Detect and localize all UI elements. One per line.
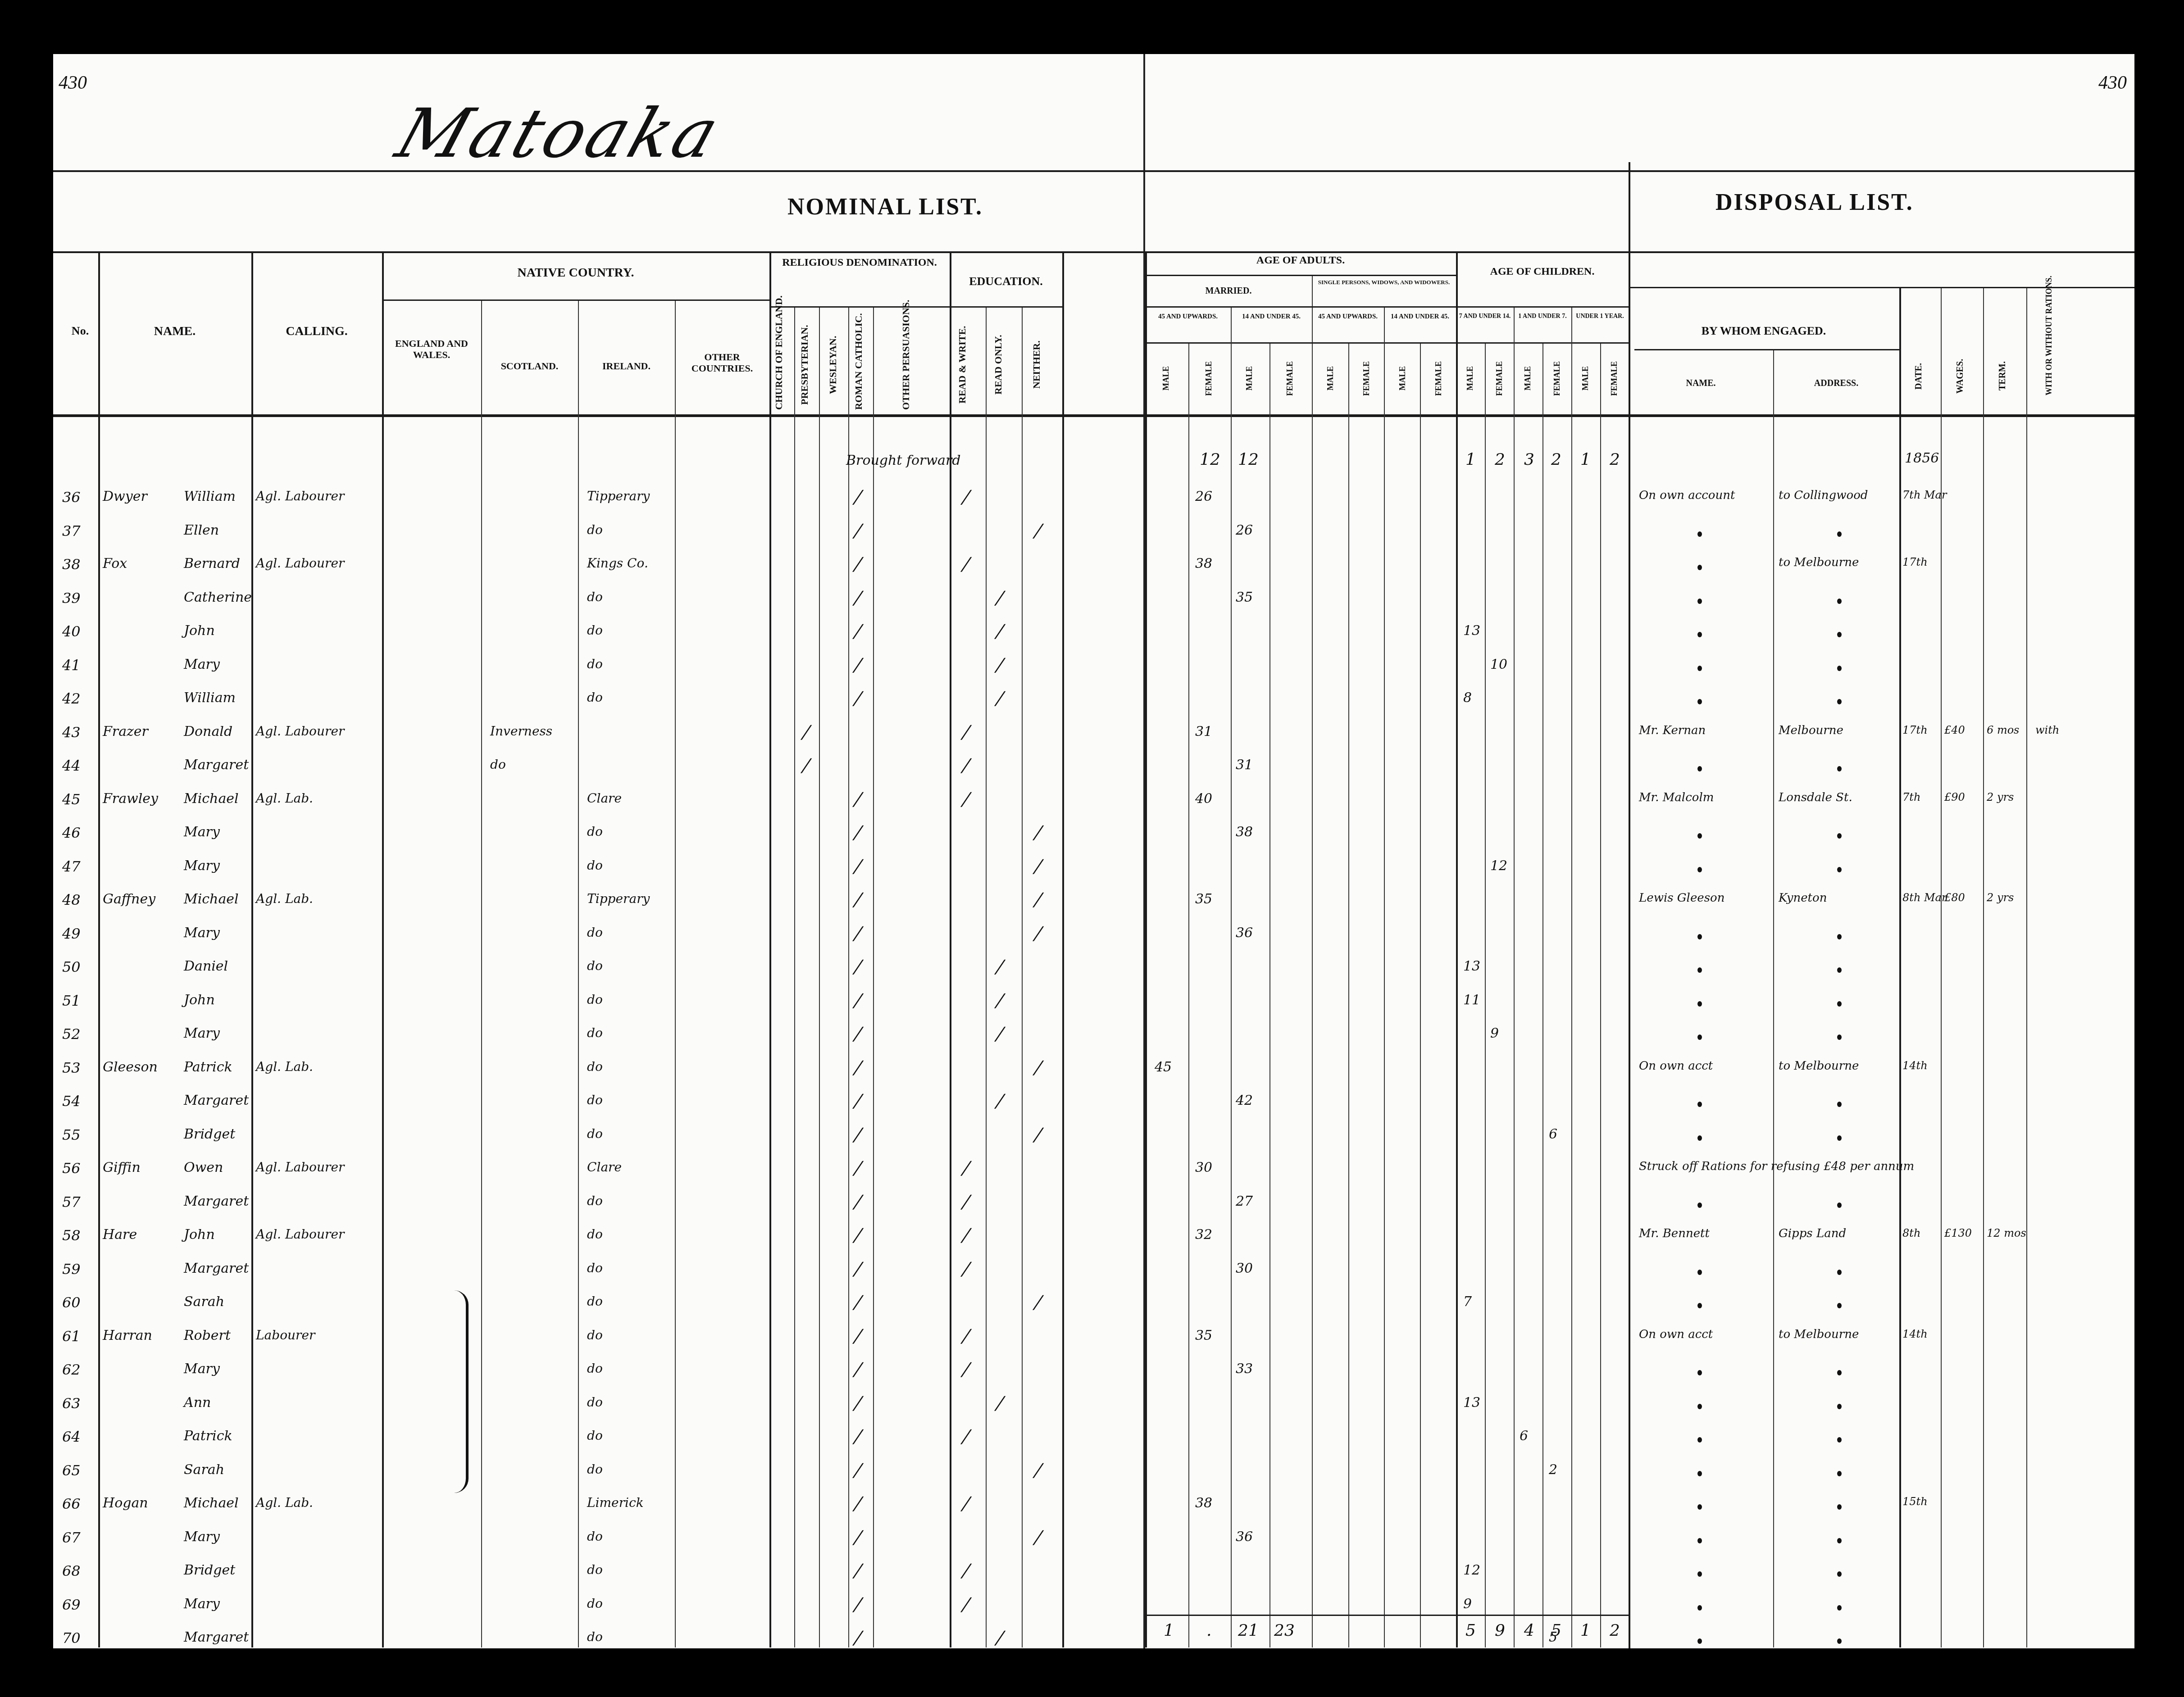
age-value: 9	[1490, 1025, 1499, 1041]
calling: Agl. Lab.	[256, 1495, 313, 1510]
row-number: 49	[62, 925, 81, 942]
header-read-write: READ & WRITE.	[956, 320, 968, 410]
given-name: Bernard	[184, 556, 240, 572]
engaged-date: 17th	[1902, 724, 1928, 736]
calling: Agl. Lab.	[256, 891, 313, 906]
education-tick: /	[1032, 822, 1045, 843]
header-married-14-45: 14 AND UNDER 45.	[1231, 313, 1312, 321]
ditto-dot	[1837, 1202, 1842, 1208]
religion-tick: /	[851, 1225, 865, 1246]
age-value: 6	[1549, 1126, 1557, 1142]
page-number-left: 430	[59, 72, 87, 94]
wages: £80	[1944, 891, 1965, 904]
ditto-dot	[1837, 1135, 1842, 1141]
religion-tick: /	[851, 1024, 865, 1044]
given-name: Patrick	[184, 1428, 232, 1444]
row-number: 55	[62, 1126, 81, 1143]
col-rule	[1571, 308, 1572, 1647]
given-name: Mary	[184, 1596, 220, 1612]
age-value: 42	[1236, 1093, 1253, 1108]
row-number: 45	[62, 791, 81, 808]
sub-rule	[1145, 275, 1456, 276]
religion-tick: /	[851, 1527, 865, 1548]
given-name: William	[184, 690, 236, 706]
calling: Agl. Lab.	[256, 791, 313, 806]
surname: Gaffney	[103, 891, 155, 907]
native-county: do	[587, 522, 603, 537]
ditto-dot	[1837, 1504, 1842, 1510]
bf-child-7-14-female: 2	[1495, 450, 1505, 469]
surname: Giffin	[103, 1160, 141, 1175]
religion-tick: /	[851, 789, 865, 810]
row-number: 56	[62, 1160, 81, 1177]
religion-tick: /	[851, 487, 865, 508]
calling: Agl. Labourer	[256, 1227, 344, 1242]
disposal-list-title: DISPOSAL LIST.	[1715, 189, 1914, 216]
header-address: ADDRESS.	[1773, 378, 1899, 389]
ditto-dot	[1697, 867, 1702, 872]
religion-tick: /	[800, 722, 813, 743]
engaged-date: 7th Mar	[1902, 489, 1947, 501]
calling: Labourer	[256, 1328, 315, 1343]
engaged-date: 8th Mar	[1902, 891, 1947, 904]
engaged-address: to Melbourne	[1779, 1328, 1859, 1341]
religion-tick: /	[851, 889, 865, 910]
header-neither: NEITHER.	[1031, 320, 1042, 410]
row-number: 63	[62, 1395, 81, 1412]
engaged-date: 7th	[1902, 791, 1920, 803]
religion-tick: /	[851, 1158, 865, 1179]
ditto-dot	[1697, 833, 1702, 839]
header-other-persuasions: OTHER PERSUASIONS.	[900, 320, 912, 410]
age-value: 30	[1236, 1261, 1253, 1276]
religion-tick: /	[851, 923, 865, 944]
header-child-7-14: 7 AND UNDER 14.	[1456, 313, 1514, 320]
religion-tick: /	[851, 688, 865, 709]
header-single: SINGLE PERSONS, WIDOWS, AND WIDOWERS.	[1312, 279, 1456, 286]
row-number: 69	[62, 1596, 81, 1613]
education-tick: /	[993, 1091, 1007, 1112]
education-tick: /	[960, 1259, 973, 1280]
header-female: FEMALE	[1495, 351, 1504, 405]
religion-tick: /	[851, 1057, 865, 1078]
ditto-dot	[1837, 1303, 1842, 1308]
header-name: NAME.	[98, 324, 251, 339]
total-u1-female: 2	[1610, 1621, 1620, 1640]
given-name: Mary	[184, 657, 220, 672]
sub-rule	[1145, 306, 1456, 308]
education-tick: /	[960, 789, 973, 810]
religion-tick: /	[851, 554, 865, 575]
given-name: Sarah	[184, 1294, 224, 1310]
ditto-dot	[1697, 1270, 1702, 1275]
header-male: MALE	[1465, 351, 1475, 405]
ditto-dot	[1837, 1035, 1842, 1040]
surname: Harran	[103, 1328, 152, 1343]
header-england-wales: ENGLAND AND WALES.	[382, 338, 481, 361]
native-county: do	[587, 1529, 603, 1544]
education-tick: /	[960, 1326, 973, 1347]
ditto-dot	[1837, 1370, 1842, 1375]
native-county: do	[587, 992, 603, 1007]
header-male: MALE	[1326, 351, 1335, 405]
native-county: do	[587, 690, 603, 705]
ditto-dot	[1697, 531, 1702, 537]
engaged-address: Gipps Land	[1779, 1227, 1846, 1240]
engaged-by: Mr. Kernan	[1639, 724, 1706, 737]
age-value: 10	[1490, 657, 1507, 672]
religion-tick: /	[851, 1628, 865, 1648]
header-male: MALE	[1161, 351, 1171, 405]
header-age-children: AGE OF CHILDREN.	[1456, 266, 1629, 278]
col-rule	[1899, 288, 1901, 1647]
religion-tick: /	[851, 1326, 865, 1347]
age-value: 13	[1463, 623, 1480, 639]
calling: Agl. Labourer	[256, 724, 344, 739]
religion-tick: /	[851, 1292, 865, 1313]
engaged-date: 15th	[1902, 1495, 1928, 1508]
education-tick: /	[960, 554, 973, 575]
native-county: do	[490, 757, 506, 772]
bf-date-year: 1856	[1905, 450, 1939, 466]
bf-married-male: 12	[1200, 450, 1220, 469]
register-page: 430 430 Matoaka NOMINAL LIST. DISPOSAL L…	[53, 54, 2134, 1648]
page-number-right: 430	[2098, 72, 2127, 94]
header-single-14-45: 14 AND UNDER 45.	[1384, 313, 1456, 321]
age-value: 13	[1463, 1395, 1480, 1411]
row-number: 58	[62, 1227, 81, 1244]
bf-married-female: 12	[1238, 450, 1259, 469]
education-tick: /	[960, 1359, 973, 1380]
bf-child-1-7-female: 2	[1551, 450, 1561, 469]
ditto-dot	[1837, 934, 1842, 939]
ditto-dot	[1697, 1035, 1702, 1040]
education-tick: /	[1032, 1527, 1045, 1548]
col-rule	[382, 251, 384, 1647]
native-county: do	[587, 1227, 603, 1242]
ditto-dot	[1837, 867, 1842, 872]
native-county: Clare	[587, 1160, 622, 1175]
header-term: TERM.	[1997, 342, 2008, 410]
age-value: 32	[1195, 1227, 1212, 1243]
native-county: do	[587, 925, 603, 940]
ship-name: Matoaka	[387, 95, 731, 173]
surname: Frawley	[103, 791, 158, 807]
age-value: 31	[1195, 724, 1212, 740]
native-county: do	[587, 1294, 603, 1309]
ditto-dot	[1697, 1202, 1702, 1208]
sub-rule	[1145, 342, 1629, 344]
total-married-male: 21	[1238, 1621, 1259, 1640]
row-number: 62	[62, 1361, 81, 1378]
ditto-dot	[1837, 632, 1842, 637]
wages: £40	[1944, 724, 1965, 736]
age-value: 8	[1463, 690, 1472, 706]
given-name: Michael	[184, 891, 239, 907]
sub-rule	[769, 306, 950, 308]
given-name: Michael	[184, 1495, 239, 1511]
engaged-by: On own acct	[1639, 1328, 1713, 1341]
engaged-date: 8th	[1902, 1227, 1920, 1239]
native-county: do	[587, 1395, 603, 1410]
given-name: Robert	[184, 1328, 231, 1343]
col-rule	[873, 308, 874, 1647]
ditto-dot	[1837, 1437, 1842, 1443]
native-county: do	[587, 1562, 603, 1577]
religion-tick: /	[851, 1393, 865, 1414]
religion-tick: /	[851, 822, 865, 843]
row-number: 41	[62, 657, 81, 674]
education-tick: /	[960, 755, 973, 776]
row-number: 64	[62, 1428, 81, 1445]
calling: Agl. Labourer	[256, 1160, 344, 1175]
row-number: 37	[62, 522, 81, 540]
col-rule	[1773, 350, 1774, 1647]
religion-tick: /	[851, 655, 865, 676]
col-rule	[1348, 344, 1349, 1647]
age-value: 36	[1236, 1529, 1253, 1545]
education-tick: /	[960, 722, 973, 743]
header-other-countries: OTHER COUNTRIES.	[675, 351, 769, 374]
given-name: Mary	[184, 858, 220, 874]
education-tick: /	[1032, 889, 1045, 910]
bf-under1-female: 2	[1610, 450, 1620, 469]
given-name: Mary	[184, 925, 220, 941]
engaged-address: Melbourne	[1779, 724, 1843, 737]
ditto-dot	[1837, 766, 1842, 771]
header-female: FEMALE	[1285, 351, 1295, 405]
ditto-dot	[1837, 1571, 1842, 1577]
given-name: John	[184, 623, 215, 639]
col-rule	[1420, 344, 1421, 1647]
education-tick: /	[1032, 923, 1045, 944]
education-tick: /	[993, 621, 1007, 642]
given-name: Donald	[184, 724, 232, 740]
wages: £90	[1944, 791, 1965, 803]
row-number: 61	[62, 1328, 81, 1345]
given-name: Bridget	[184, 1562, 235, 1578]
religion-tick: /	[851, 621, 865, 642]
row-number: 53	[62, 1059, 81, 1076]
header-disposal-name: NAME.	[1629, 378, 1773, 389]
header-native-country: NATIVE COUNTRY.	[382, 266, 769, 280]
sub-rule	[1456, 306, 1629, 308]
col-rule	[481, 301, 482, 1647]
surname: Dwyer	[103, 489, 147, 504]
native-county: do	[587, 1361, 603, 1376]
native-county: do	[587, 1328, 603, 1343]
age-value: 35	[1195, 1328, 1212, 1343]
ditto-dot	[1837, 699, 1842, 704]
given-name: John	[184, 1227, 215, 1243]
calling: Agl. Labourer	[256, 556, 344, 571]
col-rule	[1145, 251, 1147, 1647]
col-rule	[794, 308, 795, 1647]
native-county: do	[587, 958, 603, 973]
native-county: do	[587, 824, 603, 839]
given-name: Michael	[184, 791, 239, 807]
age-value: 45	[1155, 1059, 1172, 1075]
ditto-dot	[1837, 531, 1842, 537]
age-value: 38	[1195, 556, 1212, 572]
given-name: Daniel	[184, 958, 228, 974]
col-rule	[986, 308, 987, 1647]
header-wages: WAGES.	[1955, 342, 1966, 410]
education-tick: /	[993, 990, 1007, 1011]
header-male: MALE	[1398, 351, 1407, 405]
given-name: William	[184, 489, 236, 504]
education-tick: /	[993, 688, 1007, 709]
native-county: do	[587, 1462, 603, 1477]
ditto-dot	[1837, 833, 1842, 839]
term: 2 yrs	[1987, 891, 2014, 904]
age-value: 38	[1236, 824, 1253, 840]
col-rule	[251, 251, 253, 1647]
header-child-1-7: 1 AND UNDER 7.	[1514, 313, 1571, 320]
ditto-dot	[1837, 599, 1842, 604]
term: 6 mos	[1987, 724, 2019, 736]
age-value: 40	[1195, 791, 1212, 807]
header-scotland: SCOTLAND.	[481, 360, 578, 372]
engaged-date: 17th	[1902, 556, 1928, 568]
col-rule	[1485, 344, 1486, 1647]
religion-tick: /	[851, 588, 865, 608]
given-name: John	[184, 992, 215, 1008]
ditto-dot	[1697, 1538, 1702, 1543]
age-value: 11	[1463, 992, 1480, 1008]
native-county: do	[587, 657, 603, 672]
header-female: FEMALE	[1610, 351, 1619, 405]
header-date: DATE.	[1914, 342, 1924, 410]
engaged-date: 14th	[1902, 1328, 1928, 1340]
ditto-dot	[1697, 1571, 1702, 1577]
age-value: 12	[1490, 858, 1507, 874]
col-rule	[2026, 288, 2027, 1647]
given-name: Mary	[184, 1529, 220, 1545]
engaged-by: Mr. Malcolm	[1639, 791, 1714, 804]
row-number: 54	[62, 1093, 81, 1110]
age-value: 13	[1463, 958, 1480, 974]
education-tick: /	[960, 1561, 973, 1581]
education-tick: /	[960, 1225, 973, 1246]
given-name: Catherine	[184, 590, 252, 605]
total-m45-male: 1	[1164, 1621, 1174, 1640]
age-value: 12	[1463, 1562, 1480, 1578]
education-tick: /	[1032, 1057, 1045, 1078]
engaged-by: Lewis Gleeson	[1639, 891, 1724, 905]
age-value: 35	[1195, 891, 1212, 907]
col-rule	[769, 251, 771, 1647]
surname: Hare	[103, 1227, 137, 1243]
engaged-by: On own account	[1639, 489, 1735, 502]
total-c7-male: 5	[1465, 1621, 1476, 1640]
religion-tick: /	[851, 1359, 865, 1380]
header-bottom-rule	[53, 414, 2134, 417]
header-female: FEMALE	[1434, 351, 1443, 405]
ditto-dot	[1697, 1001, 1702, 1007]
ditto-dot	[1837, 1638, 1842, 1644]
ditto-dot	[1697, 967, 1702, 973]
family-brace	[454, 1290, 469, 1493]
religion-tick: /	[851, 856, 865, 877]
calling: Agl. Labourer	[256, 489, 344, 504]
age-value: 2	[1549, 1462, 1557, 1478]
row-number: 57	[62, 1193, 81, 1211]
bf-child-1-7-male: 3	[1524, 450, 1534, 469]
ditto-dot	[1697, 666, 1702, 671]
age-value: 31	[1236, 757, 1253, 773]
col-rule	[1188, 344, 1189, 1647]
total-c1-male: 4	[1524, 1621, 1534, 1640]
native-county: Kings Co.	[587, 556, 648, 571]
row-number: 39	[62, 590, 81, 607]
header-no: No.	[62, 324, 98, 338]
ditto-dot	[1697, 565, 1702, 570]
given-name: Owen	[184, 1160, 223, 1175]
row-number: 51	[62, 992, 81, 1009]
totals-rule	[1145, 1615, 1629, 1616]
ditto-dot	[1697, 632, 1702, 637]
education-tick: /	[960, 1192, 973, 1212]
religion-tick: /	[851, 1125, 865, 1145]
col-rule	[98, 251, 100, 1647]
age-value: 27	[1236, 1193, 1253, 1209]
sub-rule	[950, 306, 1062, 308]
religion-tick: /	[800, 755, 813, 776]
engaged-address: to Melbourne	[1779, 1059, 1859, 1073]
given-name: Patrick	[184, 1059, 232, 1075]
native-county: do	[587, 858, 603, 873]
ditto-dot	[1697, 1370, 1702, 1375]
rations: with	[2035, 724, 2059, 736]
row-number: 46	[62, 824, 81, 841]
engaged-address: Lonsdale St.	[1779, 791, 1852, 804]
education-tick: /	[1032, 1292, 1045, 1313]
religion-tick: /	[851, 1594, 865, 1615]
header-ireland: IRELAND.	[578, 360, 675, 372]
given-name: Ann	[184, 1395, 211, 1411]
education-tick: /	[960, 1426, 973, 1447]
header-single-45-up: 45 AND UPWARDS.	[1312, 313, 1384, 321]
calling: Agl. Lab.	[256, 1059, 313, 1074]
ditto-dot	[1837, 1471, 1842, 1476]
native-county: do	[587, 623, 603, 638]
ditto-dot	[1697, 1471, 1702, 1476]
bf-under1-male: 1	[1580, 450, 1591, 469]
native-county: do	[587, 590, 603, 604]
ditto-dot	[1697, 599, 1702, 604]
education-tick: /	[1032, 1125, 1045, 1145]
brought-forward-label: Brought forward	[846, 453, 961, 468]
religion-tick: /	[851, 1259, 865, 1280]
col-rule	[1456, 251, 1458, 1647]
age-value: 30	[1195, 1160, 1212, 1175]
education-tick: /	[993, 588, 1007, 608]
header-married: MARRIED.	[1145, 286, 1312, 296]
age-value: 6	[1520, 1428, 1528, 1444]
header-education: EDUCATION.	[950, 275, 1062, 288]
age-value: 7	[1463, 1294, 1472, 1310]
religion-tick: /	[851, 521, 865, 541]
given-name: Ellen	[184, 522, 219, 538]
religion-tick: /	[851, 1192, 865, 1212]
sub-rule	[382, 299, 769, 301]
age-value: 26	[1236, 522, 1253, 538]
col-rule	[1231, 308, 1232, 1647]
col-rule	[848, 308, 849, 1647]
religion-tick: /	[851, 1493, 865, 1514]
given-name: Mary	[184, 1025, 220, 1041]
